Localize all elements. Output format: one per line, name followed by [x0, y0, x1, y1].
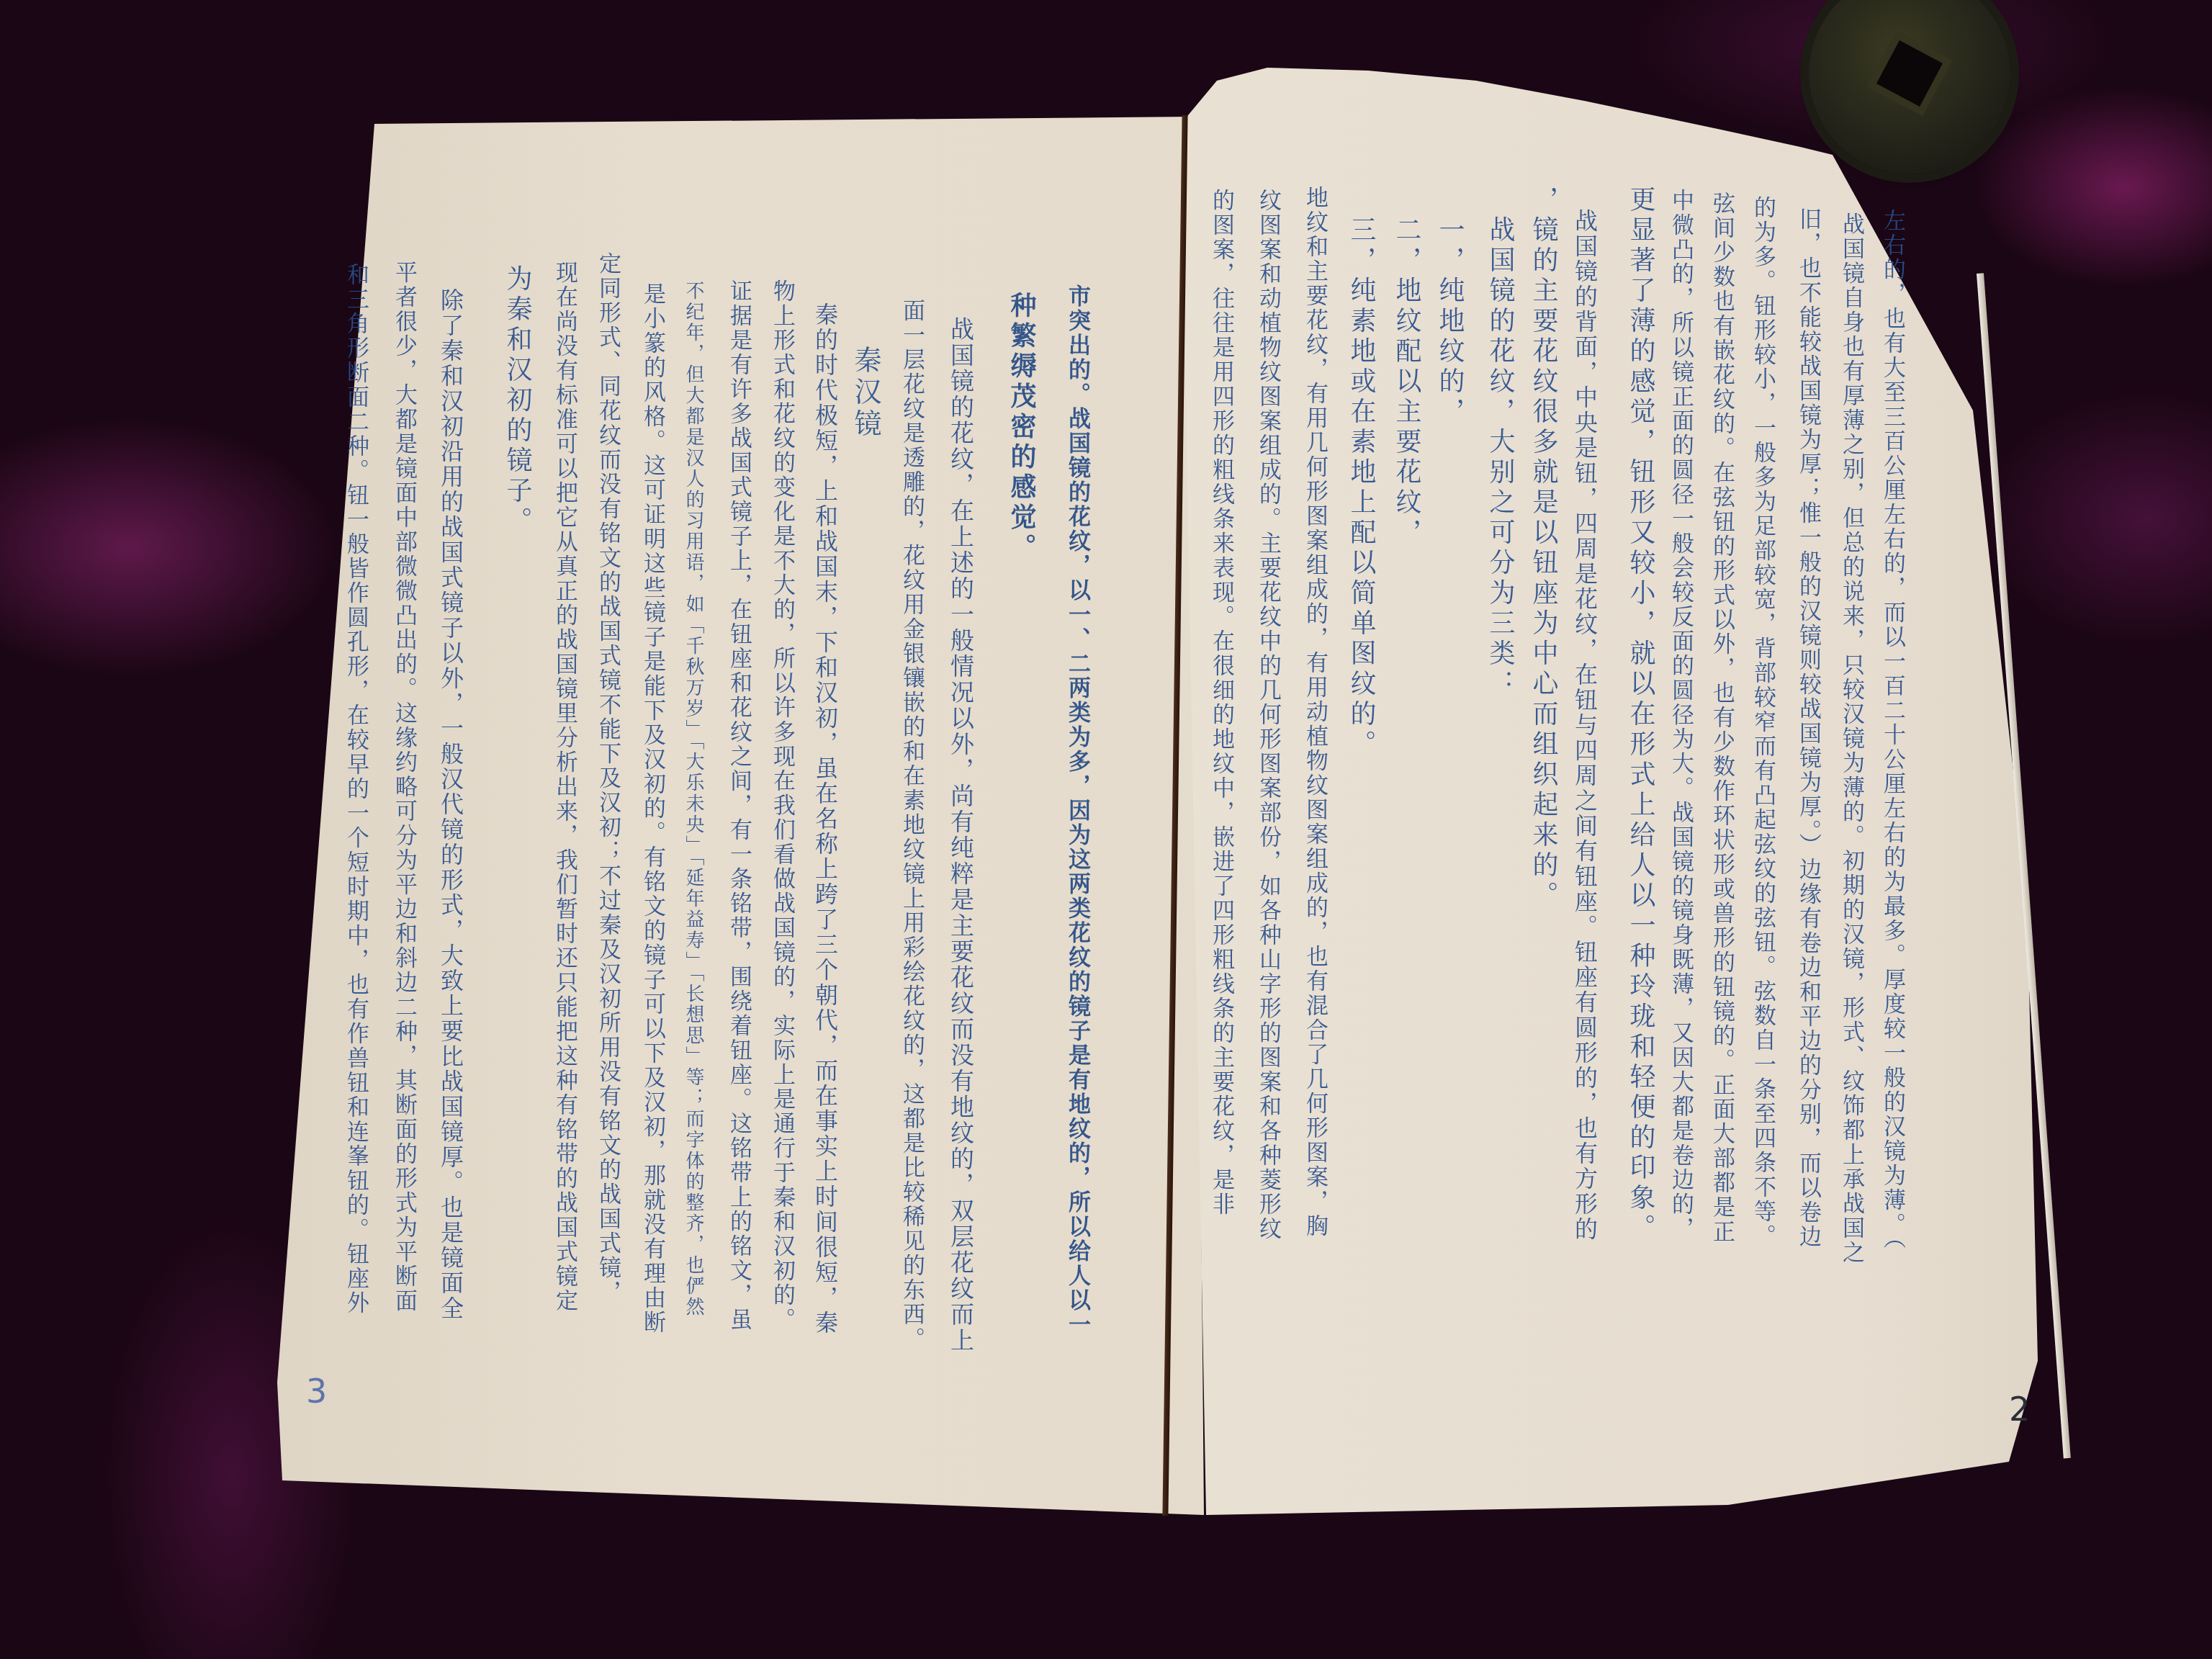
- left-col-16: 和三角形断面二种。钮一般皆作圆孔形，在较早的一个短时期中，也有作兽钮和连峯钮的。…: [344, 263, 367, 1316]
- left-col-12: 现在尚没有标准可以把它从真正的战国镜里分析出来，我们暂时还只能把这种有铭带的战国…: [553, 261, 575, 1313]
- right-col-4: 的为多。钮形较小，一般多为足部较宽，背部较窄而有凸起弦纹的弦钮。弦数自一条至四条…: [1751, 196, 1773, 1249]
- page-number-right: 2: [2009, 1390, 2030, 1429]
- right-col-6: 中微凸的，所以镜正面的圆径一般会较反面的圆径为大。战国镜的镜身既薄，又因大都是卷…: [1669, 189, 1691, 1241]
- left-col-3: 战国镜的花纹，在上述的一般情况以外，尚有纯粹是主要花纹而没有地纹的，双层花纹而上: [949, 317, 973, 1354]
- right-col-7: 更显著了薄的感觉，钮形又较小，就以在形式上给人以一种玲珑和轻便的印象。: [1627, 186, 1653, 1244]
- right-col-15: 纹图案和动植物纹图案组成的。主要花纹中的几何形图案部份，如各种山字形的图案和各种…: [1256, 189, 1279, 1241]
- left-col-7: 物上形式和花纹的变化是不大的，所以许多现在我们看做战国镜的，实际上是通行于秦和汉…: [770, 279, 793, 1332]
- left-col-4: 面一层花纹是透雕的，花纹用金银镶嵌的和在素地纹镜上用彩绘花纹的，这都是比较稀见的…: [900, 299, 922, 1352]
- left-col-1: 市突出的。战国镜的花纹，以一、二两类为多，因为这两类花纹的镜子是有地纹的，所以给…: [1066, 284, 1088, 1337]
- left-col-11: 定同形式、同花纹而没有铭文的战国式镜不能下及汉初；不过秦及汉初所用没有铭文的战国…: [596, 252, 619, 1305]
- left-col-13: 为秦和汉初的镜子。: [504, 265, 530, 537]
- right-col-1: 左右的，也有大至三百公厘左右的，而以一百二十公厘左右的为最多。厚度较一般的汉镜为…: [1881, 209, 1903, 1251]
- right-col-14: 地纹和主要花纹，有用几何形图案组成的，有用动植物纹图案组成的，也有混合了几何形图…: [1303, 186, 1326, 1238]
- left-col-8: 证据是有许多战国式镜子上，在钮座和花纹之间，有一条铭带，围绕着钮座。这铭带上的铭…: [727, 279, 750, 1332]
- left-col-10: 是小篆的风格。这可证明这些镜子是能下及汉初的。有铭文的镜子可以下及汉初，那就没有…: [641, 282, 663, 1335]
- right-col-8: 战国镜的背面，中央是钮，四周是花纹，在钮与四周之间有钮座。钮座有圆形的，也有方形…: [1573, 209, 1596, 1242]
- left-col-15: 平者很少，大都是镜面中部微微凸出的。这缘约略可分为平边和斜边二种，其断面的形式为…: [392, 261, 415, 1313]
- right-col-12: 二，地纹配以主要花纹，: [1393, 216, 1419, 549]
- page-number-left: 3: [306, 1372, 327, 1411]
- left-col-2: 种繁缛茂密的感觉。: [1008, 292, 1034, 564]
- right-col-3: 旧，也不能较战国镜为厚；惟一般的汉镜则较战国镜为厚。）边缘有卷边和平边的分别，而…: [1797, 207, 1819, 1249]
- section-heading-qin-han-mirrors: 秦汉镜: [852, 346, 879, 441]
- right-col-9: ，镜的主要花纹很多就是以钮座为中心而组织起来的。: [1530, 186, 1556, 912]
- left-col-9: 不纪年，但大都是汉人的习用语，如「千秋万岁」「大乐未央」「延年益寿」「长想思」等…: [684, 281, 703, 1318]
- right-col-13: 三，纯素地或在素地上配以简单图纹的。: [1348, 216, 1374, 760]
- right-col-11: 一，纯地纹的，: [1437, 216, 1462, 428]
- right-col-16: 的图案，往往是用四形的粗线条来表现。在很细的地纹中，嵌进了四形粗线条的主要花纹，…: [1210, 189, 1232, 1217]
- ancient-coin-icon: [1809, 0, 2010, 174]
- left-col-6: 秦的时代极短，上和战国末，下和汉初，虽在名称上跨了三个朝代，而在事实上时间很短，…: [814, 302, 837, 1336]
- right-col-5: 弦间少数也有嵌花纹的。在弦钮的形式以外，也有少数作环状形或兽形的钮镜的。正面大部…: [1710, 192, 1732, 1244]
- photo-scene: 市突出的。战国镜的花纹，以一、二两类为多，因为这两类花纹的镜子是有地纹的，所以给…: [0, 0, 2212, 1659]
- left-col-14: 除了秦和汉初沿用的战国式镜子以外，一般汉代镜的形式，大致上要比战国镜厚。也是镜面…: [439, 288, 462, 1321]
- right-col-2: 战国镜自身也有厚薄之别，但总的说来，只较汉镜为薄的。初期的汉镜，形式、纹饰都上承…: [1840, 212, 1862, 1265]
- right-col-10: 战国镜的花纹，大别之可分为三类：: [1487, 216, 1513, 700]
